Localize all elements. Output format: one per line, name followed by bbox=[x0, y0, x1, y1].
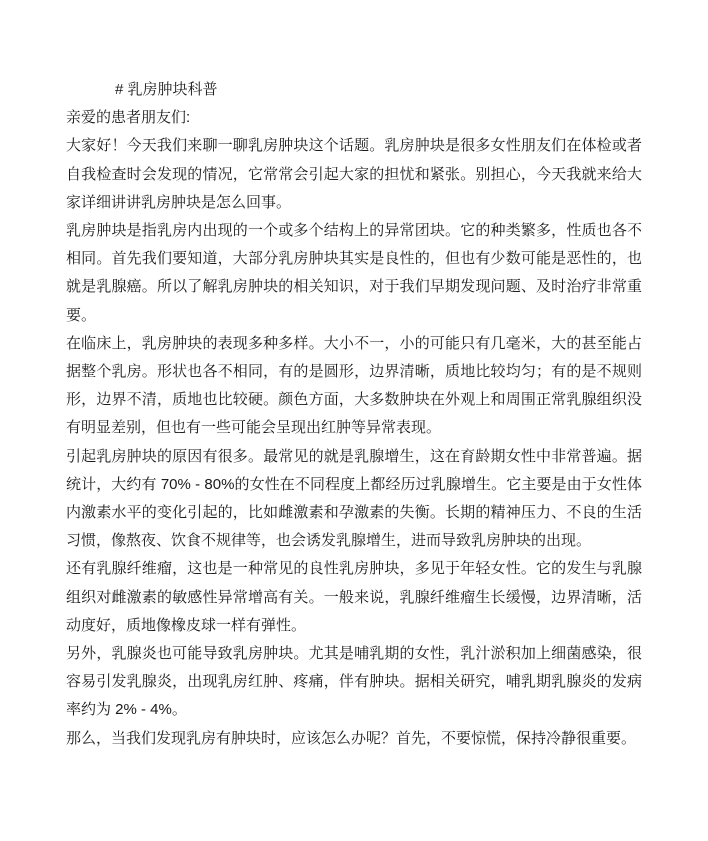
paragraph-what-to-do: 那么，当我们发现乳房有肿块时，应该怎么办呢？首先，不要惊慌，保持冷静很重要。 bbox=[66, 725, 642, 753]
paragraph-clinical-presentation: 在临床上，乳房肿块的表现多种多样。大小不一，小的可能只有几毫米，大的甚至能占据整… bbox=[66, 330, 642, 443]
paragraph-intro: 大家好！今天我们来聊一聊乳房肿块这个话题。乳房肿块是很多女性朋友们在体检或者自我… bbox=[66, 132, 642, 217]
document-body: # 乳房肿块科普 亲爱的患者朋友们: 大家好！今天我们来聊一聊乳房肿块这个话题。… bbox=[66, 76, 642, 753]
paragraph-definition: 乳房肿块是指乳房内出现的一个或多个结构上的异常团块。它的种类繁多，性质也各不相同… bbox=[66, 217, 642, 330]
paragraph-mastitis: 另外，乳腺炎也可能导致乳房肿块。尤其是哺乳期的女性，乳汁淤积加上细菌感染，很容易… bbox=[66, 640, 642, 725]
document-page: # 乳房肿块科普 亲爱的患者朋友们: 大家好！今天我们来聊一聊乳房肿块这个话题。… bbox=[0, 0, 708, 841]
paragraph-fibroadenoma: 还有乳腺纤维瘤，这也是一种常见的良性乳房肿块，多见于年轻女性。它的发生与乳腺组织… bbox=[66, 555, 642, 640]
document-heading: # 乳房肿块科普 bbox=[66, 76, 642, 104]
salutation-line: 亲爱的患者朋友们: bbox=[66, 104, 642, 132]
paragraph-causes-hyperplasia: 引起乳房肿块的原因有很多。最常见的就是乳腺增生，这在育龄期女性中非常普遍。据统计… bbox=[66, 443, 642, 556]
